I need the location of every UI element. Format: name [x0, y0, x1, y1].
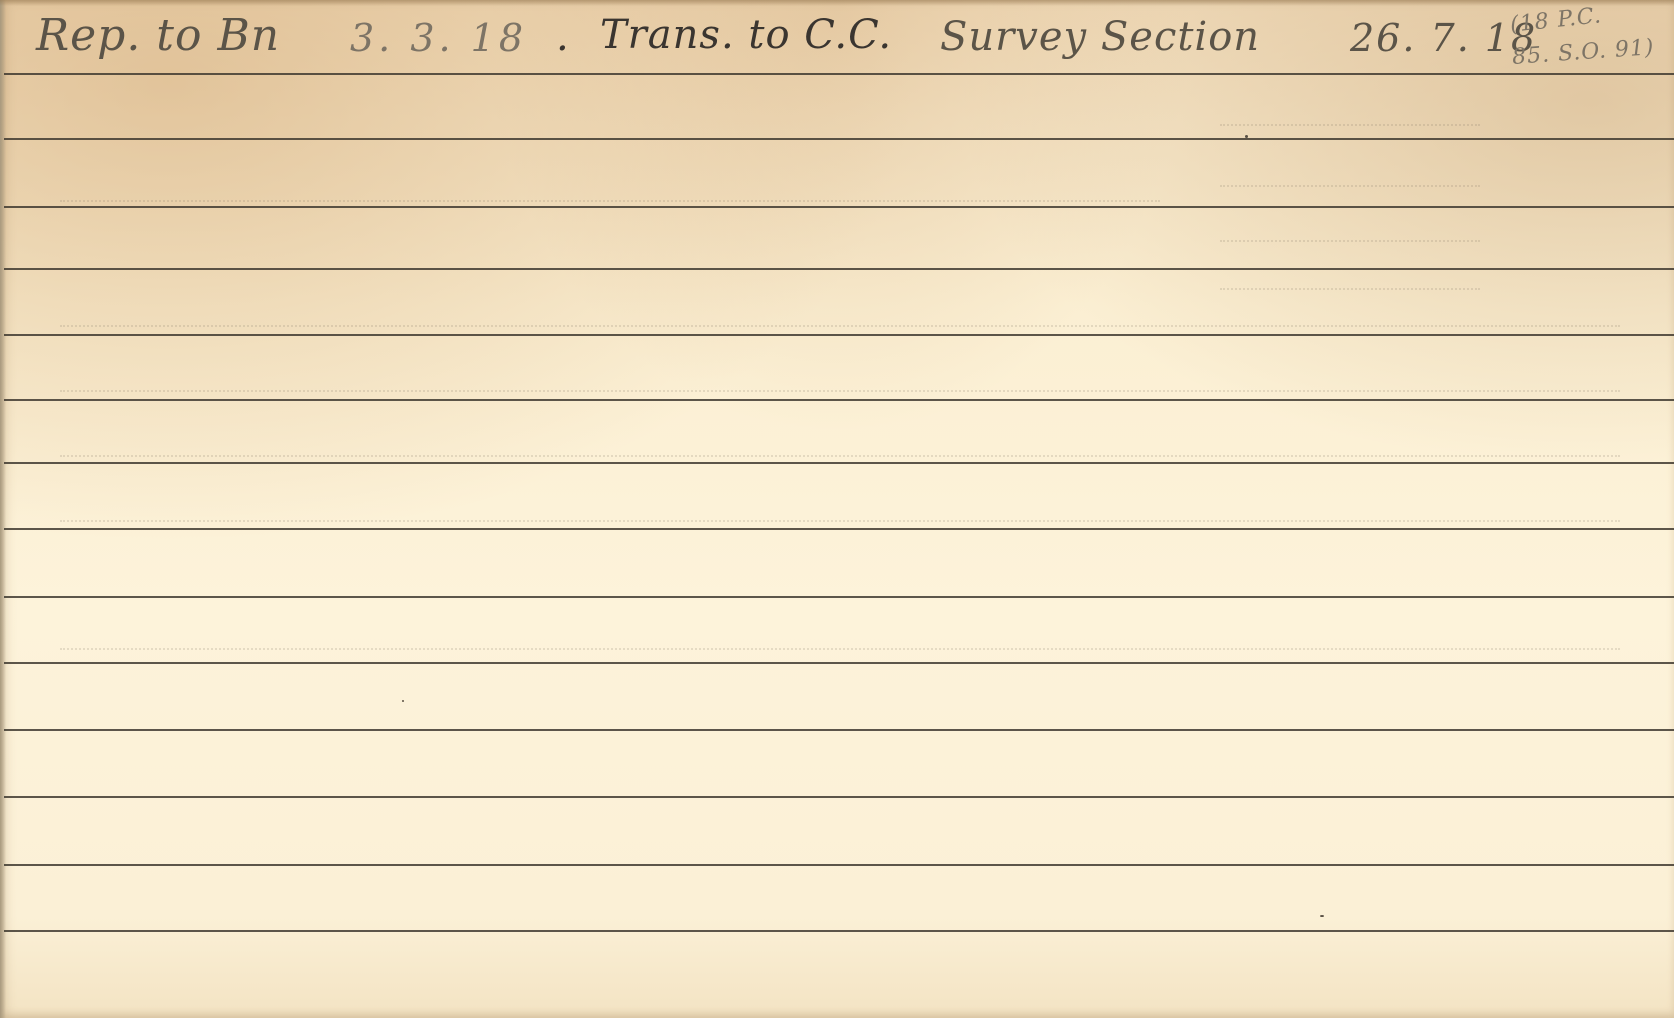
ink-speck — [402, 700, 404, 702]
ruled-line — [4, 729, 1674, 731]
ghost-dots — [1220, 240, 1480, 244]
record-card: Rep. to Bn 3. 3. 18 . Trans. to C.C. Sur… — [0, 0, 1674, 1018]
rep-entry-label: Rep. to Bn — [36, 10, 280, 61]
separator-dot: . — [556, 14, 570, 60]
ink-speck — [1320, 915, 1324, 917]
ghost-dots — [60, 200, 1160, 204]
ruled-line — [4, 334, 1674, 336]
ghost-dots — [60, 520, 1620, 524]
ruled-line — [4, 864, 1674, 866]
ruled-line — [4, 796, 1674, 798]
ghost-dots — [60, 390, 1620, 394]
ruled-line — [4, 930, 1674, 932]
ruled-line — [4, 462, 1674, 464]
annotation-line-1: (18 P.C. — [1509, 3, 1603, 37]
ghost-dots — [60, 325, 1620, 329]
ruled-line — [4, 528, 1674, 530]
trans-entry-unit: Survey Section — [940, 14, 1260, 60]
ghost-dots — [60, 648, 1620, 652]
ink-speck — [1245, 135, 1248, 138]
ruled-line — [4, 596, 1674, 598]
ruled-line — [4, 206, 1674, 208]
ruled-line — [4, 73, 1674, 75]
ruled-line — [4, 662, 1674, 664]
trans-entry-label: Trans. to C.C. — [600, 12, 892, 58]
ruled-line — [4, 399, 1674, 401]
ghost-dots — [1220, 288, 1480, 292]
ruled-line — [4, 268, 1674, 270]
rep-entry-date: 3. 3. 18 — [350, 16, 527, 60]
ghost-dots — [60, 455, 1620, 459]
ghost-dots — [1220, 124, 1480, 128]
card-top-edge — [0, 0, 1674, 6]
ruled-line — [4, 138, 1674, 140]
ghost-dots — [1220, 185, 1480, 189]
